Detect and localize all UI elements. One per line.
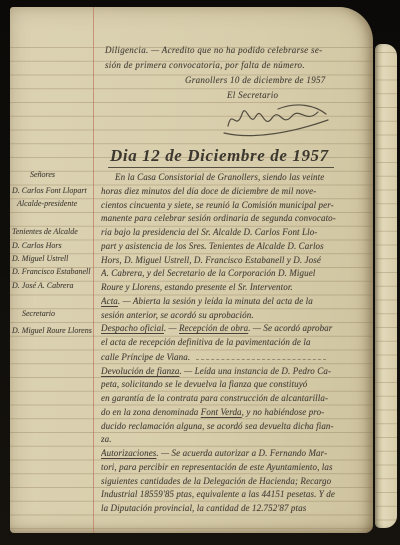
body-text-segment: . — Se acordó aprobar [248, 323, 332, 333]
body-line: Autorizaciones. — Se acuerda autorizar a… [101, 447, 376, 461]
body-line: calle Príncipe de Viana. [101, 350, 376, 365]
margin-name-roure: D. Miguel Roure Llorens [12, 326, 92, 336]
section-heading-underlined: Recepción de obra [179, 323, 248, 333]
body-line: ria bajo la presidencia del Sr. Alcalde … [101, 226, 376, 240]
body-line: cientos cincuenta y siete, se reunió la … [101, 199, 376, 213]
body-text-segment: en garantía de la contrata para construc… [101, 393, 328, 403]
body-line: Despacho oficial. — Recepción de obra. —… [101, 322, 376, 336]
body-line: Hors, D. Miguel Ustrell, D. Francisco Es… [101, 254, 376, 268]
margin-label-senores: Señores [12, 170, 110, 180]
margin-name-estabanell: D. Francisco Estabanell [12, 267, 92, 277]
body-text-segment: do en la zona denominada [101, 407, 201, 417]
body-line: A. Cabrera, y del Secretario de la Corpo… [101, 267, 376, 281]
body-text-segment: tori, para percibir en representación de… [101, 462, 333, 472]
body-text-segment: la Diputación provincial, la cantidad de… [101, 503, 306, 513]
diligencia-dateline: Granollers 10 de diciembre de 1957 [105, 73, 369, 88]
body-text-segment: manente para celebrar sesión ordinaria d… [101, 213, 336, 223]
diligencia-line-2: sión de primera convocatoria, por falta … [105, 58, 369, 73]
body-text-segment: horas diez minutos del día doce de dicie… [101, 186, 316, 196]
body-line: za. [101, 433, 376, 447]
body-line: manente para celebrar sesión ordinaria d… [101, 212, 376, 226]
body-line: Roure y Llorens, estando presente el Sr.… [101, 281, 376, 295]
minutes-body: En la Casa Consistorial de Granollers, s… [101, 171, 376, 516]
diligencia-note: Diligencia. — Acredito que no ha podido … [105, 43, 369, 103]
body-text-segment: za. [101, 434, 112, 444]
body-text-segment: el acta de recepción definitiva de la pa… [101, 337, 311, 347]
session-date-heading: Dia 12 de Diciembre de 1957 [108, 146, 372, 168]
body-line: la Diputación provincial, la cantidad de… [101, 502, 376, 516]
body-line: el acta de recepción definitiva de la pa… [101, 336, 376, 350]
body-text-segment: . — Leída una instancia de D. Pedro Ca- [179, 366, 331, 376]
body-line: tori, para percibir en representación de… [101, 461, 376, 475]
margin-name-cabrera: D. José A. Cabrera [12, 281, 92, 291]
notebook-page: Diligencia. — Acredito que no ha podido … [10, 7, 373, 533]
next-page-ruled-lines [375, 52, 397, 528]
body-text-segment: cientos cincuenta y siete, se reunió la … [101, 200, 334, 210]
section-heading-underlined: Devolución de fianza [101, 366, 179, 376]
body-line: Acta. — Abierta la sesión y leída la min… [101, 295, 376, 309]
body-line: do en la zona denominada Font Verda, y n… [101, 406, 376, 420]
margin-name-hors: D. Carlos Hors [12, 241, 92, 251]
body-line: ducido reclamación alguna, se acordó sea… [101, 420, 376, 434]
body-text-segment: calle Príncipe de Viana. [101, 352, 190, 362]
dashed-filler-line [196, 350, 326, 360]
section-heading-underlined: Font Verda [201, 407, 242, 417]
body-text-segment: sesión anterior, se acordó su aprobación… [101, 310, 254, 320]
session-date-title: Dia 12 de Diciembre de 1957 [108, 146, 334, 168]
body-text-segment: Hors, D. Miguel Ustrell, D. Francisco Es… [101, 255, 321, 265]
margin-name-ustrell: D. Miguel Ustrell [12, 254, 92, 264]
body-text-segment: A. Cabrera, y del Secretario de la Corpo… [101, 268, 315, 278]
body-line: part y asistencia de los Sres. Tenientes… [101, 240, 376, 254]
body-line: en garantía de la contrata para construc… [101, 392, 376, 406]
section-heading-underlined: Autorizaciones [101, 448, 156, 458]
diligencia-line-1: Diligencia. — Acredito que no ha podido … [105, 43, 369, 58]
body-text-segment: . — Se acuerda autorizar a D. Fernando M… [156, 448, 327, 458]
body-text-segment: . — Abierta la sesión y leída la minuta … [118, 296, 313, 306]
body-line: horas diez minutos del día doce de dicie… [101, 185, 376, 199]
margin-label-tenientes: Tenientes de Alcalde [12, 227, 92, 237]
body-text-segment: part y asistencia de los Sres. Tenientes… [101, 241, 324, 251]
margin-name-alcalde: D. Carlos Font Llopart [12, 186, 92, 196]
body-text-segment: ria bajo la presidencia del Sr. Alcalde … [101, 227, 317, 237]
body-line: peta, solicitando se le devuelva la fian… [101, 378, 376, 392]
secretary-signature [220, 100, 332, 140]
body-text-segment: En la Casa Consistorial de Granollers, s… [115, 172, 324, 182]
body-line: Industrial 18559'85 ptas, equivalente a … [101, 488, 376, 502]
body-text-segment: Roure y Llorens, estando presente el Sr.… [101, 282, 293, 292]
body-line: sesión anterior, se acordó su aprobación… [101, 309, 376, 323]
next-page-edge [375, 44, 397, 528]
body-line: Devolución de fianza. — Leída una instan… [101, 365, 376, 379]
body-text-segment: peta, solicitando se le devuelva la fian… [101, 379, 307, 389]
body-text-segment: siguientes cantidades de la Delegación d… [101, 476, 331, 486]
section-heading-underlined: Despacho oficial [101, 323, 164, 333]
body-text-segment: ducido reclamación alguna, se acordó sea… [101, 421, 334, 431]
margin-role-alcalde-presidente: Alcalde-presidente [12, 199, 97, 209]
margin-divider-line [93, 7, 94, 533]
section-heading-underlined: Acta [101, 296, 118, 306]
body-line: En la Casa Consistorial de Granollers, s… [101, 171, 376, 185]
body-text-segment: . — [164, 323, 179, 333]
body-text-segment: Industrial 18559'85 ptas, equivalente a … [101, 489, 335, 499]
scanned-page: Diligencia. — Acredito que no ha podido … [0, 0, 400, 545]
margin-label-secretario: Secretario [12, 309, 102, 319]
body-text-segment: , y no habiéndose pro- [242, 407, 325, 417]
body-line: siguientes cantidades de la Delegación d… [101, 475, 376, 489]
